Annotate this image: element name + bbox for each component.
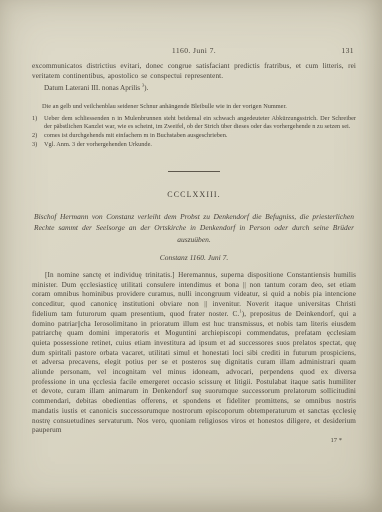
- footnote-text: Vgl. Anm. 3 der vorhergehenden Urkunde.: [44, 141, 356, 149]
- footnotes-block: 1) Ueber dem schliessenden n in Mulenbru…: [32, 115, 356, 149]
- running-head: 1160. Juni 7. 131: [32, 46, 356, 55]
- footnote-text: comes ist durchgehends mit einfachem m i…: [44, 132, 356, 140]
- seal-description: Die an gelb und veilchenblau seidener Sc…: [32, 103, 356, 111]
- footnote-text: Ueber dem schliessenden n in Mulenbrunne…: [44, 115, 356, 131]
- charter-dateline: Constanz 1160. Juni 7.: [32, 253, 356, 262]
- footnote-marker: 3): [32, 141, 44, 149]
- continuation-paragraph: excommunicatos districtius evitari, done…: [32, 62, 356, 81]
- charter-body-text: [In nomine sanctę et individuę trinitati…: [32, 271, 356, 436]
- scanned-book-page: 1160. Juni 7. 131 excommunicatos distric…: [0, 0, 382, 512]
- datum-text: Datum Laterani III. nonas Aprilis: [44, 84, 142, 92]
- footnote-marker: 2): [32, 132, 44, 140]
- charter-number-heading: CCCLXXIII.: [32, 190, 356, 199]
- datum-line: Datum Laterani III. nonas Aprilis 3).: [32, 84, 356, 94]
- printer-sheet-mark: 17 *: [32, 437, 342, 444]
- datum-text-end: ).: [144, 84, 148, 92]
- footnote: 2) comes ist durchgehends mit einfachem …: [32, 132, 356, 140]
- charter-body-part2: ), prepositus de Deinkendorf, qui a domi…: [32, 310, 356, 434]
- charter-summary: Bischof Hermann von Constanz verleiht de…: [34, 211, 354, 245]
- section-divider: [168, 171, 220, 172]
- footnote: 1) Ueber dem schliessenden n in Mulenbru…: [32, 115, 356, 131]
- footnote: 3) Vgl. Anm. 3 der vorhergehenden Urkund…: [32, 141, 356, 149]
- page-number: 131: [341, 46, 354, 55]
- running-head-date: 1160. Juni 7.: [172, 46, 216, 55]
- footnote-marker: 1): [32, 115, 44, 131]
